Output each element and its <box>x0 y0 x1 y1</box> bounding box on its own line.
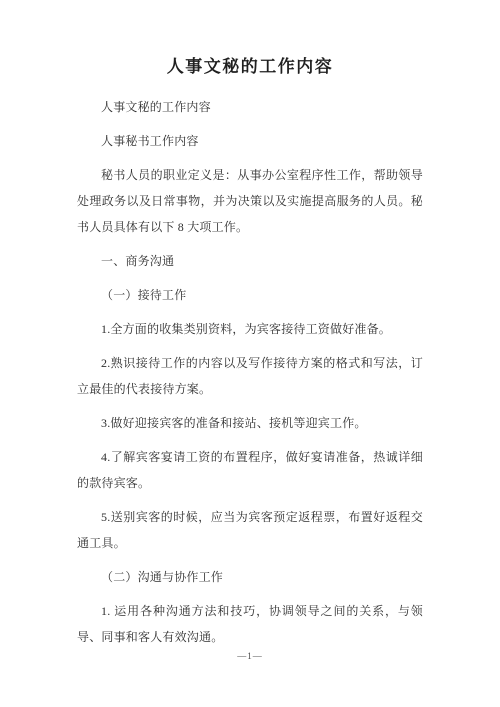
document-content: 人事文秘的工作内容 人事文秘的工作内容 人事秘书工作内容 秘书人员的职业定义是：… <box>0 0 500 650</box>
document-page: 人事文秘的工作内容 人事文秘的工作内容 人事秘书工作内容 秘书人员的职业定义是：… <box>0 0 500 707</box>
paragraph-list-item: 3.做好迎接宾客的准备和接站、接机等迎宾工作。 <box>77 410 423 436</box>
document-title: 人事文秘的工作内容 <box>77 52 423 82</box>
paragraph-subsection-heading: （二）沟通与协作工作 <box>77 564 423 590</box>
paragraph: 人事文秘的工作内容 <box>77 94 423 120</box>
paragraph-subsection-heading: （一）接待工作 <box>77 282 423 308</box>
document-body: 人事文秘的工作内容 人事秘书工作内容 秘书人员的职业定义是：从事办公室程序性工作… <box>77 94 423 650</box>
page-number: —1— <box>0 651 500 661</box>
paragraph-list-item: 1. 运用各种沟通方法和技巧，协调领导之间的关系，与领导、同事和客人有效沟通。 <box>77 598 423 650</box>
paragraph: 秘书人员的职业定义是：从事办公室程序性工作，帮助领导处理政务以及日常事物，并为决… <box>77 162 423 240</box>
paragraph-list-item: 5.送别宾客的时候，应当为宾客预定返程票，布置好返程交通工具。 <box>77 504 423 556</box>
paragraph-section-heading: 一、商务沟通 <box>77 248 423 274</box>
paragraph-list-item: 4.了解宾客宴请工资的布置程序，做好宴请准备，热诚详细的款待宾客。 <box>77 444 423 496</box>
paragraph-list-item: 1.全方面的收集类别资料，为宾客接待工资做好准备。 <box>77 316 423 342</box>
paragraph-list-item: 2.熟识接待工作的内容以及写作接待方案的格式和写法，订立最佳的代表接待方案。 <box>77 350 423 402</box>
paragraph: 人事秘书工作内容 <box>77 128 423 154</box>
